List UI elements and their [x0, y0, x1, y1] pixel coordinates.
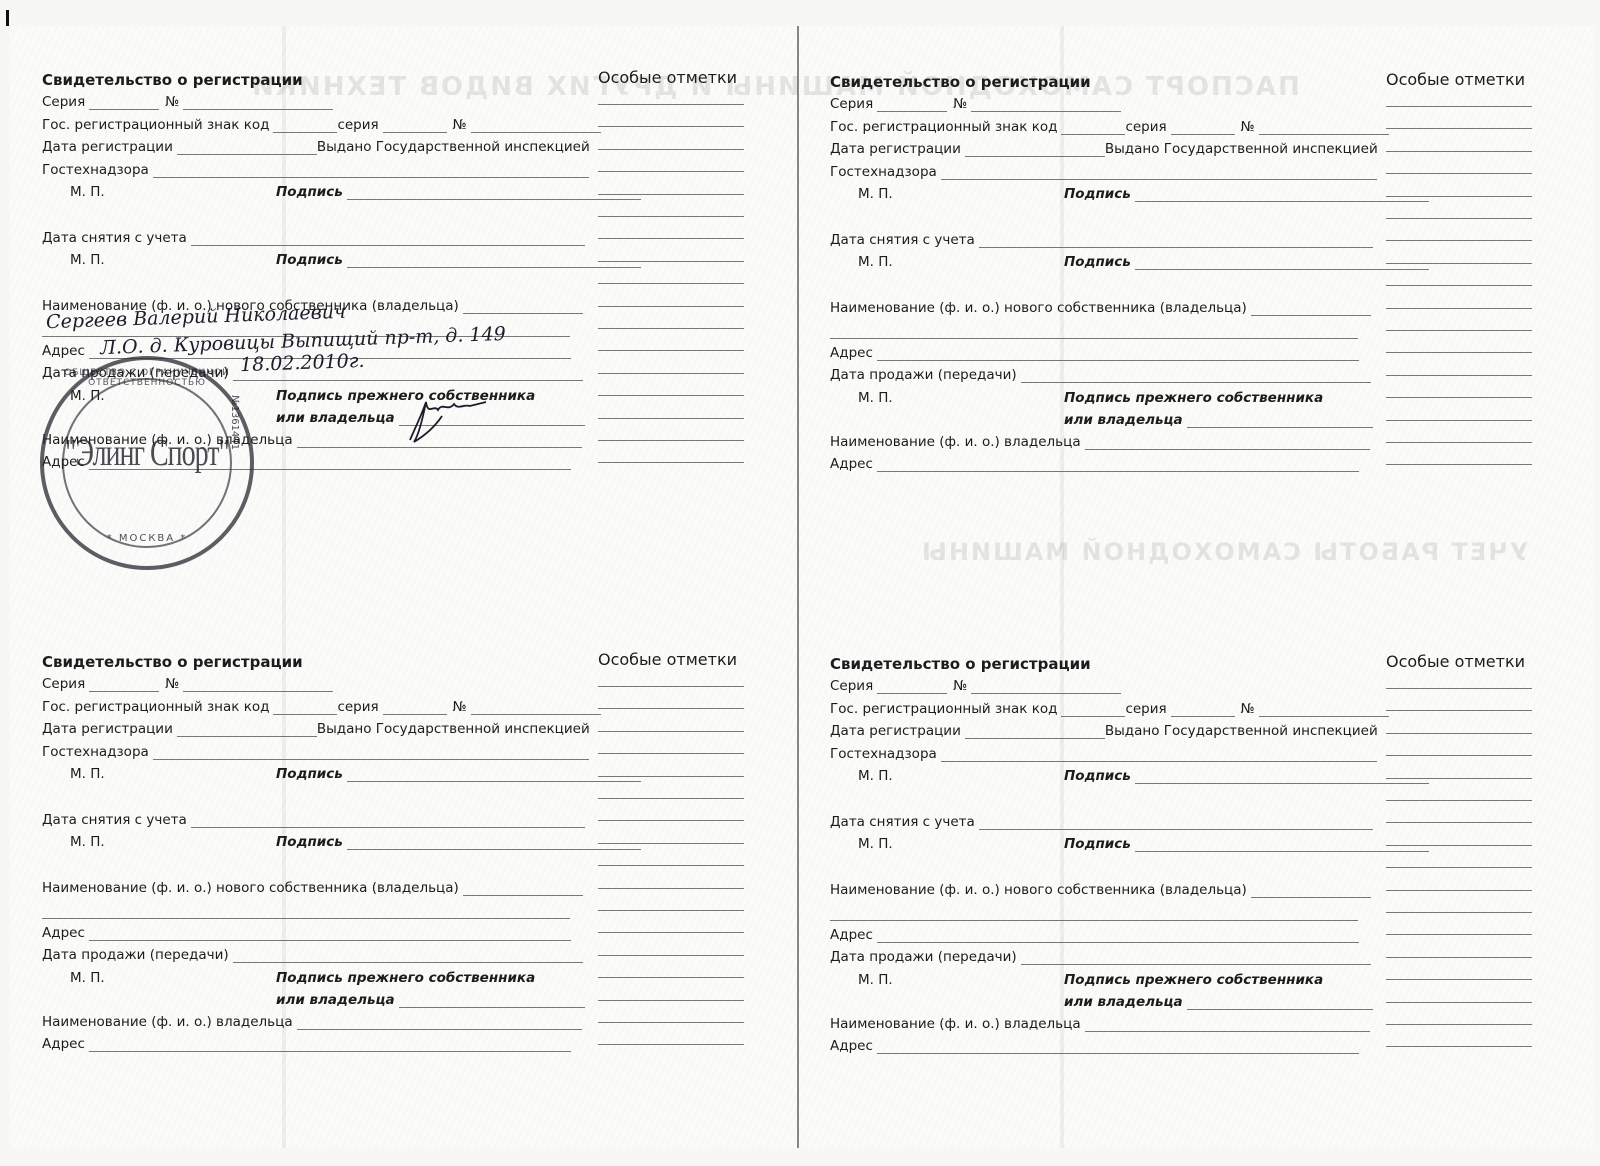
blank-field[interactable]	[1171, 703, 1235, 717]
label-prev-owner-sig-1: Подпись прежнего собственника	[1064, 972, 1323, 988]
special-notes-line[interactable]	[598, 306, 744, 307]
special-notes-line[interactable]	[598, 1022, 744, 1023]
blank-field[interactable]	[89, 96, 159, 110]
form-row	[830, 903, 1358, 921]
special-notes-line[interactable]	[1386, 397, 1532, 398]
special-notes-line[interactable]	[1386, 1046, 1532, 1047]
blank-field[interactable]	[877, 1040, 1359, 1054]
special-notes-line[interactable]	[598, 104, 744, 105]
label-owner-name: Наименование (ф. и. о.) владельца	[42, 1014, 293, 1030]
label-series: Серия	[830, 96, 873, 112]
label-mp: М. П.	[830, 186, 1064, 202]
form-row: Гостехнадзора	[42, 160, 589, 178]
blank-field[interactable]	[153, 746, 589, 760]
label-mp: М. П.	[830, 836, 1064, 852]
special-notes-line[interactable]	[598, 350, 744, 351]
form-row: Адрес	[42, 1034, 571, 1052]
blank-field[interactable]	[89, 927, 571, 941]
form-row: Наименование (ф. и. о.) владельца	[830, 1014, 1370, 1032]
label-mp: М. П.	[830, 972, 1064, 988]
blank-field[interactable]	[463, 300, 583, 314]
special-notes-line[interactable]	[598, 1000, 744, 1001]
special-notes-line[interactable]	[598, 977, 744, 978]
special-notes-line[interactable]	[598, 686, 744, 687]
blank-field[interactable]	[273, 701, 337, 715]
label-mp: М. П.	[42, 834, 276, 850]
label-reg-sign-series: серия	[337, 699, 378, 715]
label-reg-date: Дата регистрации	[830, 723, 961, 739]
blank-field[interactable]	[347, 254, 641, 268]
special-notes-line[interactable]	[598, 149, 744, 150]
label-signature: Подпись	[1064, 254, 1131, 270]
label-reg-date: Дата регистрации	[830, 141, 961, 157]
form-row: Наименование (ф. и. о.) владельца	[42, 1012, 582, 1030]
special-notes-line[interactable]	[598, 708, 744, 709]
label-gostekhnadzor: Гостехнадзора	[830, 746, 937, 762]
label-reg-date: Дата регистрации	[42, 139, 173, 155]
label-mp: М. П.	[830, 390, 1064, 406]
special-notes-line[interactable]	[1386, 934, 1532, 935]
form-row: Дата регистрацииВыдано Государственной и…	[830, 721, 1378, 739]
form-row: Свидетельство о регистрации	[830, 654, 1091, 672]
special-notes-line[interactable]	[1386, 308, 1532, 309]
special-notes-line[interactable]	[1386, 240, 1532, 241]
blank-field[interactable]	[877, 929, 1359, 943]
form-row: Серия№	[830, 676, 1121, 694]
special-notes-line[interactable]	[1386, 173, 1532, 174]
special-notes-line[interactable]	[1386, 420, 1532, 421]
blank-field[interactable]	[471, 701, 601, 715]
label-gostekhnadzor: Гостехнадзора	[42, 744, 149, 760]
special-notes-line[interactable]	[598, 955, 744, 956]
special-notes-line[interactable]	[1386, 1002, 1532, 1003]
form-row: Гостехнадзора	[830, 744, 1377, 762]
label-reg-sign-code: Гос. регистрационный знак код	[830, 119, 1057, 135]
form-row	[830, 321, 1358, 339]
label-signature: Подпись	[1064, 768, 1131, 784]
handwritten-signature	[408, 396, 488, 444]
blank-field[interactable]	[971, 98, 1121, 112]
special-notes-line[interactable]	[1386, 285, 1532, 286]
blank-field[interactable]	[191, 232, 585, 246]
blank-field[interactable]	[89, 1038, 571, 1052]
form-row: Наименование (ф. и. о.) нового собственн…	[42, 878, 583, 896]
special-notes-title: Особые отметки	[598, 68, 737, 87]
form-row: М. П.Подпись прежнего собственника	[830, 388, 1323, 406]
label-address: Адрес	[42, 925, 85, 941]
label-signature: Подпись	[276, 252, 343, 268]
blank-field[interactable]	[347, 186, 641, 200]
label-title: Свидетельство о регистрации	[830, 656, 1091, 672]
label-mp: М. П.	[42, 184, 276, 200]
blank-field[interactable]	[183, 678, 333, 692]
blank-field[interactable]	[1187, 996, 1373, 1010]
blank-field[interactable]	[383, 701, 447, 715]
blank-field[interactable]	[877, 347, 1359, 361]
blank-field[interactable]	[1135, 188, 1429, 202]
label-mp: М. П.	[42, 252, 276, 268]
form-row: Серия№	[830, 94, 1121, 112]
special-notes-line[interactable]	[1386, 330, 1532, 331]
label-deregistration-date: Дата снятия с учета	[830, 814, 975, 830]
special-notes-line[interactable]	[598, 731, 744, 732]
blank-field[interactable]	[1251, 302, 1371, 316]
blank-field[interactable]	[191, 814, 585, 828]
label-prev-owner-sig-2: или владельца	[276, 992, 395, 1008]
form-row: Дата снятия с учета	[42, 228, 585, 246]
label-address: Адрес	[830, 456, 873, 472]
form-row: Гостехнадзора	[830, 162, 1377, 180]
label-reg-sign-series: серия	[1125, 701, 1166, 717]
label-mp: М. П.	[830, 254, 1064, 270]
label-sale-date: Дата продажи (передачи)	[830, 367, 1017, 383]
bleed-through-title-right: УЧЕТ РАБОТЫ САМОХОДНОЙ МАШИНЫ	[920, 538, 1528, 566]
label-gostekhnadzor: Гостехнадзора	[830, 164, 937, 180]
blank-field[interactable]	[941, 166, 1377, 180]
label-signature: Подпись	[1064, 186, 1131, 202]
form-row: Дата снятия с учета	[830, 812, 1373, 830]
label-reg-date: Дата регистрации	[42, 721, 173, 737]
form-row: Гостехнадзора	[42, 742, 589, 760]
special-notes-line[interactable]	[1386, 352, 1532, 353]
label-number-sign: №	[947, 96, 967, 112]
form-row: Серия№	[42, 674, 333, 692]
blank-field[interactable]	[965, 725, 1105, 739]
blank-field[interactable]	[1259, 703, 1389, 717]
special-notes-title: Особые отметки	[598, 650, 737, 669]
blank-field[interactable]	[1135, 770, 1429, 784]
special-notes-line[interactable]	[598, 261, 744, 262]
form-row: Дата снятия с учета	[830, 230, 1373, 248]
label-new-owner-name: Наименование (ф. и. о.) нового собственн…	[42, 880, 459, 896]
special-notes-line[interactable]	[598, 932, 744, 933]
label-new-owner-name: Наименование (ф. и. о.) нового собственн…	[830, 882, 1247, 898]
form-row: М. П.Подпись	[42, 764, 641, 782]
label-number-sign: №	[447, 117, 467, 133]
special-notes-line[interactable]	[598, 328, 744, 329]
label-deregistration-date: Дата снятия с учета	[42, 812, 187, 828]
blank-field[interactable]	[1187, 414, 1373, 428]
form-row: М. П.Подпись	[42, 182, 641, 200]
blank-field[interactable]	[965, 143, 1105, 157]
special-notes-line[interactable]	[598, 910, 744, 911]
blank-field[interactable]	[1085, 1018, 1370, 1032]
label-sale-date: Дата продажи (передачи)	[42, 947, 229, 963]
special-notes-line[interactable]	[1386, 128, 1532, 129]
special-notes-line[interactable]	[598, 283, 744, 284]
form-row: М. П.Подпись	[830, 252, 1429, 270]
form-row: М. П.Подпись прежнего собственника	[42, 968, 535, 986]
label-prev-owner-sig-2: или владельца	[1064, 412, 1183, 428]
special-notes-line[interactable]	[598, 776, 744, 777]
form-row: Дата регистрацииВыдано Государственной и…	[42, 137, 590, 155]
form-row: Гос. регистрационный знак кодсерия№	[830, 699, 1389, 717]
special-notes-line[interactable]	[598, 1044, 744, 1045]
blank-field[interactable]	[1171, 121, 1235, 135]
form-row: или владельца	[42, 990, 585, 1008]
binding-spine	[797, 26, 799, 1148]
blank-field[interactable]	[979, 816, 1373, 830]
blank-field[interactable]	[89, 678, 159, 692]
blank-field[interactable]	[347, 768, 641, 782]
blank-field[interactable]	[153, 164, 589, 178]
label-reg-sign-code: Гос. регистрационный знак код	[42, 699, 269, 715]
blank-field[interactable]	[877, 98, 947, 112]
blank-field[interactable]	[941, 748, 1377, 762]
label-issued-by: Выдано Государственной инспекцией	[1105, 723, 1378, 739]
form-row: Дата регистрацииВыдано Государственной и…	[830, 139, 1378, 157]
label-prev-owner-sig-1: Подпись прежнего собственника	[276, 388, 535, 404]
blank-field[interactable]	[399, 994, 585, 1008]
handwritten-sale-date: 18.02.2010г.	[240, 350, 365, 376]
blank-field[interactable]	[1021, 951, 1371, 965]
form-row: Адрес	[830, 925, 1359, 943]
form-row: М. П.Подпись прежнего собственника	[830, 970, 1323, 988]
form-row: М. П.Подпись	[42, 832, 641, 850]
form-row: М. П.Подпись	[830, 766, 1429, 784]
label-title: Свидетельство о регистрации	[42, 654, 303, 670]
label-sale-date: Дата продажи (передачи)	[830, 949, 1017, 965]
form-row: Наименование (ф. и. о.) нового собственн…	[830, 880, 1371, 898]
special-notes-line[interactable]	[598, 820, 744, 821]
special-notes-line[interactable]	[598, 126, 744, 127]
special-notes-line[interactable]	[598, 216, 744, 217]
special-notes-line[interactable]	[1386, 263, 1532, 264]
stamp-reg-number: №1361441	[229, 395, 240, 450]
label-signature: Подпись	[276, 834, 343, 850]
label-number-sign: №	[1235, 119, 1255, 135]
form-row: Дата регистрацииВыдано Государственной и…	[42, 719, 590, 737]
form-row: Дата продажи (передачи)	[42, 945, 583, 963]
label-number-sign: №	[447, 699, 467, 715]
special-notes-line[interactable]	[1386, 800, 1532, 801]
label-number-sign: №	[947, 678, 967, 694]
special-notes-line[interactable]	[1386, 822, 1532, 823]
special-notes-line[interactable]	[1386, 733, 1532, 734]
special-notes-line[interactable]	[598, 373, 744, 374]
form-row: М. П.Подпись	[42, 250, 641, 268]
label-reg-sign-series: серия	[1125, 119, 1166, 135]
blank-field[interactable]	[347, 836, 641, 850]
special-notes-line[interactable]	[598, 395, 744, 396]
label-series: Серия	[830, 678, 873, 694]
form-row: Серия№	[42, 92, 333, 110]
form-row: Наименование (ф. и. о.) владельца	[830, 432, 1370, 450]
form-row: Адрес	[42, 923, 571, 941]
stamp-city: * МОСКВА *	[44, 533, 250, 544]
special-notes-line[interactable]	[598, 171, 744, 172]
label-series: Серия	[42, 676, 85, 692]
blank-field[interactable]	[42, 905, 570, 919]
special-notes-line[interactable]	[598, 888, 744, 889]
label-title: Свидетельство о регистрации	[42, 72, 303, 88]
special-notes-line[interactable]	[1386, 464, 1532, 465]
label-mp: М. П.	[42, 766, 276, 782]
form-row: Дата снятия с учета	[42, 810, 585, 828]
special-notes-line[interactable]	[1386, 867, 1532, 868]
form-row: или владельца	[830, 992, 1373, 1010]
label-address: Адрес	[42, 343, 85, 359]
label-prev-owner-sig-2: или владельца	[1064, 994, 1183, 1010]
special-notes-line[interactable]	[598, 798, 744, 799]
label-issued-by: Выдано Государственной инспекцией	[317, 139, 590, 155]
form-row: Гос. регистрационный знак кодсерия№	[830, 117, 1389, 135]
special-notes-line[interactable]	[1386, 151, 1532, 152]
stamp-company-name: "Элинг Спорт"	[44, 432, 250, 475]
form-row: Свидетельство о регистрации	[830, 72, 1091, 90]
company-stamp: ОБЩЕСТВО С ОГРАНИЧЕННОЙ ОТВЕТСТВЕННОСТЬЮ…	[40, 356, 254, 570]
label-mp: М. П.	[830, 768, 1064, 784]
label-gostekhnadzor: Гостехнадзора	[42, 162, 149, 178]
special-notes-line[interactable]	[1386, 979, 1532, 980]
blank-field[interactable]	[1259, 121, 1389, 135]
blank-field[interactable]	[1085, 436, 1370, 450]
label-prev-owner-sig-2: или владельца	[276, 410, 395, 426]
special-notes-title: Особые отметки	[1386, 70, 1525, 89]
form-row: Наименование (ф. и. о.) нового собственн…	[830, 298, 1371, 316]
blank-field[interactable]	[971, 680, 1121, 694]
blank-field[interactable]	[1251, 884, 1371, 898]
blank-field[interactable]	[1061, 703, 1125, 717]
label-number-sign: №	[1235, 701, 1255, 717]
page-corner-mark	[6, 10, 9, 26]
form-row: Гос. регистрационный знак кодсерия№	[42, 697, 601, 715]
blank-field[interactable]	[177, 141, 317, 155]
label-new-owner-name: Наименование (ф. и. о.) нового собственн…	[830, 300, 1247, 316]
blank-field[interactable]	[1021, 369, 1371, 383]
form-row: или владельца	[830, 410, 1373, 428]
blank-field[interactable]	[471, 119, 601, 133]
blank-field[interactable]	[830, 325, 1358, 339]
label-address: Адрес	[830, 927, 873, 943]
label-deregistration-date: Дата снятия с учета	[830, 232, 975, 248]
label-reg-sign-series: серия	[337, 117, 378, 133]
special-notes-line[interactable]	[1386, 890, 1532, 891]
special-notes-line[interactable]	[598, 418, 744, 419]
label-prev-owner-sig-1: Подпись прежнего собственника	[276, 970, 535, 986]
special-notes-line[interactable]	[1386, 218, 1532, 219]
special-notes-line[interactable]	[1386, 688, 1532, 689]
special-notes-line[interactable]	[598, 865, 744, 866]
label-reg-sign-code: Гос. регистрационный знак код	[42, 117, 269, 133]
special-notes-line[interactable]	[1386, 106, 1532, 107]
label-owner-name: Наименование (ф. и. о.) владельца	[830, 1016, 1081, 1032]
label-signature: Подпись	[1064, 836, 1131, 852]
special-notes-line[interactable]	[1386, 845, 1532, 846]
blank-field[interactable]	[383, 119, 447, 133]
label-number-sign: №	[159, 676, 179, 692]
label-mp: М. П.	[42, 970, 276, 986]
label-issued-by: Выдано Государственной инспекцией	[1105, 141, 1378, 157]
special-notes-line[interactable]	[1386, 196, 1532, 197]
special-notes-line[interactable]	[1386, 442, 1532, 443]
form-row	[42, 901, 570, 919]
blank-field[interactable]	[273, 119, 337, 133]
label-number-sign: №	[159, 94, 179, 110]
special-notes-line[interactable]	[598, 238, 744, 239]
blank-field[interactable]	[1061, 121, 1125, 135]
special-notes-line[interactable]	[1386, 778, 1532, 779]
label-address: Адрес	[830, 345, 873, 361]
special-notes-line[interactable]	[598, 843, 744, 844]
label-signature: Подпись	[276, 766, 343, 782]
special-notes-line[interactable]	[1386, 755, 1532, 756]
form-row: Дата продажи (передачи)	[830, 365, 1371, 383]
form-row: Адрес	[830, 343, 1359, 361]
label-address: Адрес	[42, 1036, 85, 1052]
blank-field[interactable]	[183, 96, 333, 110]
special-notes-title: Особые отметки	[1386, 652, 1525, 671]
form-row: Адрес	[830, 454, 1359, 472]
special-notes-line[interactable]	[598, 194, 744, 195]
special-notes-line[interactable]	[1386, 375, 1532, 376]
special-notes-line[interactable]	[1386, 912, 1532, 913]
special-notes-line[interactable]	[1386, 957, 1532, 958]
special-notes-line[interactable]	[1386, 1024, 1532, 1025]
blank-field[interactable]	[877, 458, 1359, 472]
form-row: Дата продажи (передачи)	[830, 947, 1371, 965]
form-row: М. П.Подпись	[830, 184, 1429, 202]
form-row: Адрес	[830, 1036, 1359, 1054]
label-reg-sign-code: Гос. регистрационный знак код	[830, 701, 1057, 717]
form-row: Свидетельство о регистрации	[42, 652, 303, 670]
blank-field[interactable]	[463, 882, 583, 896]
blank-field[interactable]	[1135, 256, 1429, 270]
blank-field[interactable]	[177, 723, 317, 737]
form-row: Гос. регистрационный знак кодсерия№	[42, 115, 601, 133]
blank-field[interactable]	[830, 907, 1358, 921]
label-series: Серия	[42, 94, 85, 110]
form-row: Свидетельство о регистрации	[42, 70, 303, 88]
blank-field[interactable]	[979, 234, 1373, 248]
label-issued-by: Выдано Государственной инспекцией	[317, 721, 590, 737]
label-deregistration-date: Дата снятия с учета	[42, 230, 187, 246]
label-address: Адрес	[830, 1038, 873, 1054]
form-row: М. П.Подпись	[830, 834, 1429, 852]
special-notes-line[interactable]	[598, 753, 744, 754]
special-notes-line[interactable]	[1386, 710, 1532, 711]
label-owner-name: Наименование (ф. и. о.) владельца	[830, 434, 1081, 450]
bleed-through-title-left: ПАСПОРТ САМОХОДНОЙ МАШИНЫ И ДРУГИХ ВИДОВ…	[250, 72, 1300, 102]
blank-field[interactable]	[1135, 838, 1429, 852]
blank-field[interactable]	[233, 949, 583, 963]
label-signature: Подпись	[276, 184, 343, 200]
special-notes-line[interactable]	[598, 440, 744, 441]
blank-field[interactable]	[297, 1016, 582, 1030]
label-prev-owner-sig-1: Подпись прежнего собственника	[1064, 390, 1323, 406]
blank-field[interactable]	[877, 680, 947, 694]
special-notes-line[interactable]	[598, 462, 744, 463]
label-title: Свидетельство о регистрации	[830, 74, 1091, 90]
